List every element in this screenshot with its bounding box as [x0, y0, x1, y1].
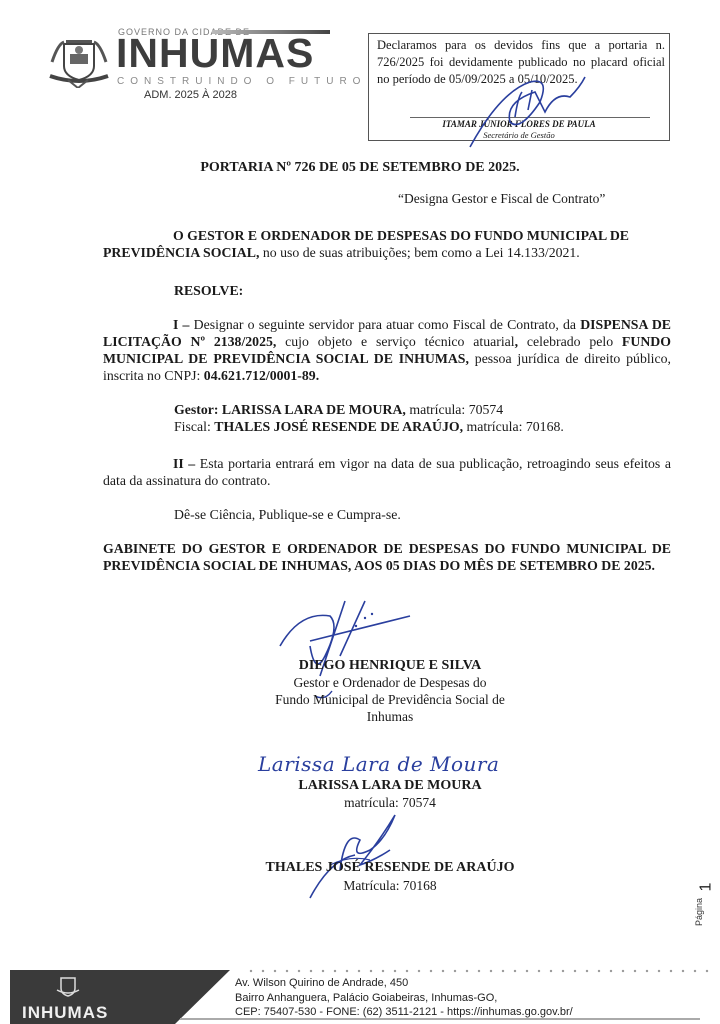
signer-3-matricula: Matrícula: 70168 [200, 878, 580, 894]
gestor-line: Gestor: LARISSA LARA DE MOURA, matrícula… [174, 401, 674, 418]
stamp-signer-name: ITAMAR JÚNIOR FLORES DE PAULA [368, 119, 670, 129]
stamp-signer-role: Secretário de Gestão [368, 130, 670, 140]
footer-address-line1: Av. Wilson Quirino de Andrade, 450 [235, 976, 573, 991]
signature-larissa-handwritten: Larissa Lara de Moura [258, 752, 499, 776]
article-1: I – Designar o seguinte servidor para at… [103, 316, 671, 384]
preamble-text: no uso de suas atribuições; bem como a L… [259, 245, 579, 260]
resolve-heading: RESOLVE: [174, 282, 720, 299]
logo-main-text: INHUMAS [116, 31, 314, 75]
footer-logo-text: INHUMAS [22, 1003, 108, 1023]
signer-1-role-line2: Fundo Municipal de Previdência Social de [200, 692, 580, 708]
document-title: PORTARIA Nº 726 DE 05 DE SETEMBRO DE 202… [0, 160, 720, 176]
gabinete-paragraph: GABINETE DO GESTOR E ORDENADOR DE DESPES… [103, 540, 671, 574]
article-2: II – Esta portaria entrará em vigor na d… [103, 455, 671, 489]
signer-3-name: THALES JOSÉ RESENDE DE ARAÚJO [200, 860, 580, 876]
footer-rule [180, 1018, 700, 1020]
footer-dotted-rule [245, 969, 710, 973]
signer-2-matricula: matrícula: 70574 [200, 795, 580, 811]
stamp-text: Declaramos para os devidos fins que a po… [377, 37, 665, 88]
signer-1-role-line3: Inhumas [200, 709, 580, 725]
fiscal-line: Fiscal: THALES JOSÉ RESENDE DE ARAÚJO, m… [174, 418, 674, 435]
logo-administration: ADM. 2025 À 2028 [144, 89, 237, 101]
closing-line: Dê-se Ciência, Publique-se e Cumpra-se. [174, 506, 720, 523]
stamp-signature-line [410, 117, 650, 118]
footer-address-line2: Bairro Anhanguera, Palácio Goiabeiras, I… [235, 991, 573, 1006]
signer-2-name: LARISSA LARA DE MOURA [200, 778, 580, 794]
logo-slogan: CONSTRUINDO O FUTURO [117, 76, 366, 87]
footer-crest-icon [55, 974, 81, 998]
footer-address: Av. Wilson Quirino de Andrade, 450 Bairr… [235, 976, 573, 1020]
document-subtitle: “Designa Gestor e Fiscal de Contrato” [398, 191, 605, 207]
signer-1-name: DIEGO HENRIQUE E SILVA [200, 658, 580, 674]
preamble: O GESTOR E ORDENADOR DE DESPESAS DO FUND… [103, 227, 671, 261]
page-label: Página [694, 880, 714, 940]
city-crest-icon [48, 32, 110, 88]
signer-1-role-line1: Gestor e Ordenador de Despesas do [200, 675, 580, 691]
